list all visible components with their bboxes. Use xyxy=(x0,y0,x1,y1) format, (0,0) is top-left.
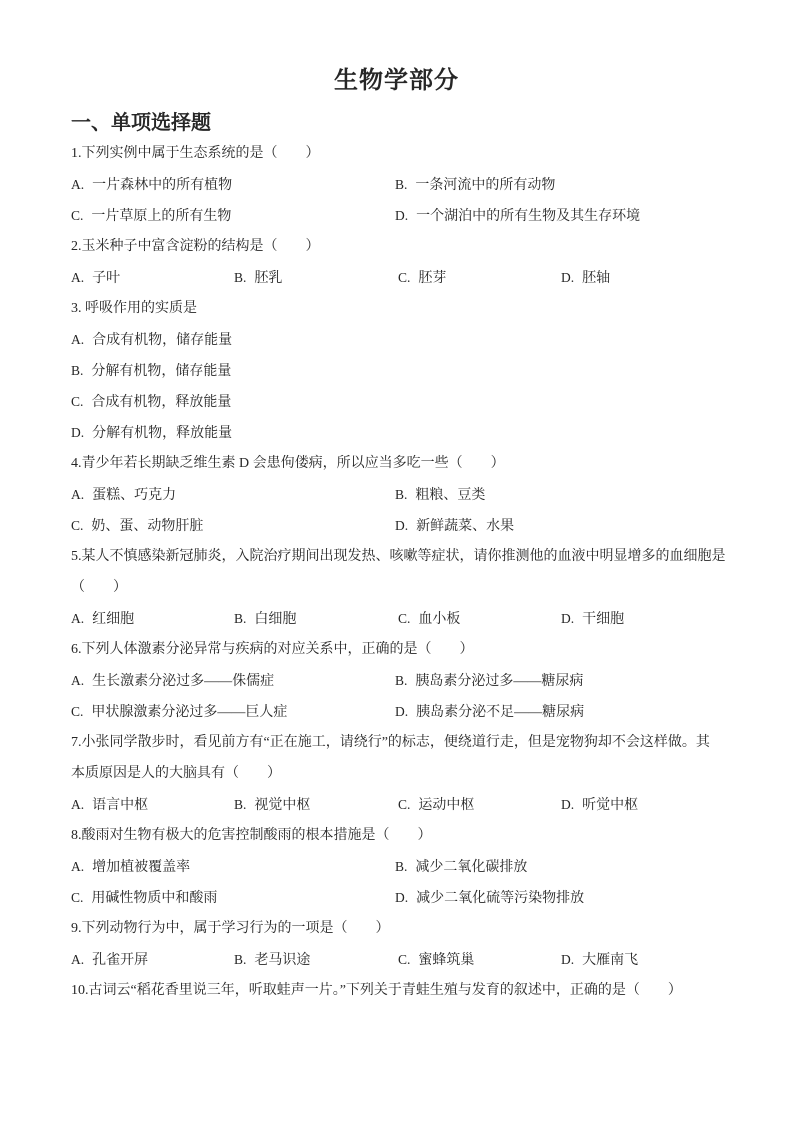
option-letter: C. xyxy=(398,603,410,634)
option-text: 干细胞 xyxy=(582,612,624,627)
option-row: A.蛋糕、巧克力B.粗粮、豆类 xyxy=(71,479,753,510)
page-title: 生物学部分 xyxy=(71,64,722,98)
option-text: 新鲜蔬菜、水果 xyxy=(416,519,514,534)
option-b: B.一条河流中的所有动物 xyxy=(395,169,753,201)
option-letter: C. xyxy=(398,262,410,293)
option-text: 减少二氧化碳排放 xyxy=(415,860,527,875)
question-stem: 2.玉米种子中富含淀粉的结构是（ ） xyxy=(71,231,753,262)
option-text: 胚芽 xyxy=(418,271,446,286)
option-letter: B. xyxy=(71,355,83,386)
option-c: C.一片草原上的所有生物 xyxy=(71,200,395,232)
option-d: D.减少二氧化硫等污染物排放 xyxy=(395,882,753,914)
question-stem: 10.古词云“稻花香里说三年，听取蛙声一片。”下列关于青蛙生殖与发育的叙述中，正… xyxy=(71,975,753,1006)
question-stem: 6.下列人体激素分泌异常与疾病的对应关系中，正确的是（ ） xyxy=(71,634,753,665)
option-letter: D. xyxy=(71,417,84,448)
option-letter: C. xyxy=(71,200,83,231)
option-letter: A. xyxy=(71,262,84,293)
option-letter: D. xyxy=(395,882,408,913)
option-b: B.胚乳 xyxy=(234,262,398,294)
option-text: 减少二氧化硫等污染物排放 xyxy=(416,891,584,906)
option-c: C.运动中枢 xyxy=(398,789,561,821)
option-a: A.增加植被覆盖率 xyxy=(71,851,395,883)
option-text: 合成有机物，释放能量 xyxy=(91,395,231,410)
option-c: C.用碱性物质中和酸雨 xyxy=(71,882,395,914)
option-d: D.胚轴 xyxy=(561,262,753,294)
option-text: 听觉中枢 xyxy=(582,798,638,813)
question-q1: 1.下列实例中属于生态系统的是（ ）A.一片森林中的所有植物B.一条河流中的所有… xyxy=(71,138,753,231)
option-text: 胚乳 xyxy=(254,271,282,286)
option-a: A.生长激素分泌过多——侏儒症 xyxy=(71,665,395,697)
option-text: 奶、蛋、动物肝脏 xyxy=(91,519,203,534)
option-letter: D. xyxy=(561,789,574,820)
option-letter: B. xyxy=(395,169,407,200)
option-letter: C. xyxy=(71,510,83,541)
question-q4: 4.青少年若长期缺乏维生素 D 会患佝偻病，所以应当多吃一些（ ）A.蛋糕、巧克… xyxy=(71,448,753,541)
option-row: A.一片森林中的所有植物B.一条河流中的所有动物 xyxy=(71,169,753,200)
option-letter: A. xyxy=(71,324,84,355)
question-stem: 3. 呼吸作用的实质是 xyxy=(71,293,753,324)
question-q3: 3. 呼吸作用的实质是A.合成有机物，储存能量B.分解有机物，储存能量C.合成有… xyxy=(71,293,753,448)
option-letter: B. xyxy=(234,789,246,820)
option-letter: C. xyxy=(71,696,83,727)
option-d: D.胰岛素分泌不足——糖尿病 xyxy=(395,696,753,728)
question-stem: （ ） xyxy=(71,572,753,603)
exam-page: 生物学部分 一、单项选择题 1.下列实例中属于生态系统的是（ ）A.一片森林中的… xyxy=(0,0,793,1122)
question-stem: 1.下列实例中属于生态系统的是（ ） xyxy=(71,138,753,169)
option-text: 视觉中枢 xyxy=(254,798,310,813)
option-text: 运动中枢 xyxy=(418,798,474,813)
option-row: A.红细胞B.白细胞C.血小板D.干细胞 xyxy=(71,603,753,634)
option-letter: A. xyxy=(71,944,84,975)
question-stem: 本质原因是人的大脑具有（ ） xyxy=(71,758,753,789)
option-d: D.听觉中枢 xyxy=(561,789,753,821)
option-a: A.孔雀开屏 xyxy=(71,944,234,976)
question-stem: 8.酸雨对生物有极大的危害控制酸雨的根本措施是（ ） xyxy=(71,820,753,851)
option-c: C.蜜蜂筑巢 xyxy=(398,944,561,976)
option-letter: D. xyxy=(561,603,574,634)
option-text: 分解有机物，储存能量 xyxy=(91,364,231,379)
section-heading: 一、单项选择题 xyxy=(71,108,753,138)
question-q7: 7.小张同学散步时，看见前方有“正在施工，请绕行”的标志，便绕道行走，但是宠物狗… xyxy=(71,727,753,820)
option-letter: D. xyxy=(395,696,408,727)
option-b: B.白细胞 xyxy=(234,603,398,635)
option-text: 一片草原上的所有生物 xyxy=(91,209,231,224)
option-c: C.甲状腺激素分泌过多——巨人症 xyxy=(71,696,395,728)
option-text: 孔雀开屏 xyxy=(92,953,148,968)
option-letter: C. xyxy=(71,882,83,913)
option-letter: C. xyxy=(71,386,83,417)
option-text: 白细胞 xyxy=(254,612,296,627)
question-list: 1.下列实例中属于生态系统的是（ ）A.一片森林中的所有植物B.一条河流中的所有… xyxy=(71,138,753,1006)
option-letter: B. xyxy=(395,665,407,696)
option-row: A.增加植被覆盖率B.减少二氧化碳排放 xyxy=(71,851,753,882)
option-a: A.红细胞 xyxy=(71,603,234,635)
option-letter: A. xyxy=(71,169,84,200)
option-text: 生长激素分泌过多——侏儒症 xyxy=(92,674,274,689)
option-text: 甲状腺激素分泌过多——巨人症 xyxy=(91,705,287,720)
option-b: B.视觉中枢 xyxy=(234,789,398,821)
option-row: A.合成有机物，储存能量 xyxy=(71,324,753,355)
question-q6: 6.下列人体激素分泌异常与疾病的对应关系中，正确的是（ ）A.生长激素分泌过多—… xyxy=(71,634,753,727)
option-letter: A. xyxy=(71,479,84,510)
option-text: 蜜蜂筑巢 xyxy=(418,953,474,968)
option-a: A.蛋糕、巧克力 xyxy=(71,479,395,511)
option-text: 用碱性物质中和酸雨 xyxy=(91,891,217,906)
question-stem: 9.下列动物行为中，属于学习行为的一项是（ ） xyxy=(71,913,753,944)
option-text: 一个湖泊中的所有生物及其生存环境 xyxy=(416,209,640,224)
option-c: C.胚芽 xyxy=(398,262,561,294)
option-text: 胰岛素分泌不足——糖尿病 xyxy=(416,705,584,720)
option-letter: A. xyxy=(71,851,84,882)
question-q8: 8.酸雨对生物有极大的危害控制酸雨的根本措施是（ ）A.增加植被覆盖率B.减少二… xyxy=(71,820,753,913)
option-b: B.减少二氧化碳排放 xyxy=(395,851,753,883)
option-letter: B. xyxy=(234,603,246,634)
option-text: 红细胞 xyxy=(92,612,134,627)
option-letter: B. xyxy=(234,944,246,975)
option-letter: D. xyxy=(395,510,408,541)
option-letter: B. xyxy=(395,479,407,510)
option-d: D.干细胞 xyxy=(561,603,753,635)
option-text: 子叶 xyxy=(92,271,120,286)
option-text: 血小板 xyxy=(418,612,460,627)
option-c: C.血小板 xyxy=(398,603,561,635)
option-a: A.语言中枢 xyxy=(71,789,234,821)
option-text: 增加植被覆盖率 xyxy=(92,860,190,875)
option-text: 胚轴 xyxy=(582,271,610,286)
option-b: B.分解有机物，储存能量 xyxy=(71,355,753,387)
option-row: A.子叶B.胚乳C.胚芽D.胚轴 xyxy=(71,262,753,293)
option-text: 胰岛素分泌过多——糖尿病 xyxy=(415,674,583,689)
option-c: C.奶、蛋、动物肝脏 xyxy=(71,510,395,542)
question-q9: 9.下列动物行为中，属于学习行为的一项是（ ）A.孔雀开屏B.老马识途C.蜜蜂筑… xyxy=(71,913,753,975)
option-text: 老马识途 xyxy=(254,953,310,968)
option-letter: A. xyxy=(71,789,84,820)
option-row: B.分解有机物，储存能量 xyxy=(71,355,753,386)
question-q10: 10.古词云“稻花香里说三年，听取蛙声一片。”下列关于青蛙生殖与发育的叙述中，正… xyxy=(71,975,753,1006)
question-q5: 5.某人不慎感染新冠肺炎，入院治疗期间出现发热、咳嗽等症状，请你推测他的血液中明… xyxy=(71,541,753,634)
option-letter: A. xyxy=(71,603,84,634)
question-q2: 2.玉米种子中富含淀粉的结构是（ ）A.子叶B.胚乳C.胚芽D.胚轴 xyxy=(71,231,753,293)
option-letter: A. xyxy=(71,665,84,696)
question-stem: 7.小张同学散步时，看见前方有“正在施工，请绕行”的标志，便绕道行走，但是宠物狗… xyxy=(71,727,753,758)
option-letter: C. xyxy=(398,944,410,975)
option-letter: D. xyxy=(561,262,574,293)
option-row: C.甲状腺激素分泌过多——巨人症D.胰岛素分泌不足——糖尿病 xyxy=(71,696,753,727)
option-letter: D. xyxy=(561,944,574,975)
option-text: 合成有机物，储存能量 xyxy=(92,333,232,348)
option-text: 大雁南飞 xyxy=(582,953,638,968)
option-row: A.孔雀开屏B.老马识途C.蜜蜂筑巢D.大雁南飞 xyxy=(71,944,753,975)
option-a: A.一片森林中的所有植物 xyxy=(71,169,395,201)
option-b: B.胰岛素分泌过多——糖尿病 xyxy=(395,665,753,697)
option-b: B.老马识途 xyxy=(234,944,398,976)
option-b: B.粗粮、豆类 xyxy=(395,479,753,511)
option-letter: B. xyxy=(395,851,407,882)
option-text: 粗粮、豆类 xyxy=(415,488,485,503)
option-letter: C. xyxy=(398,789,410,820)
option-row: C.用碱性物质中和酸雨D.减少二氧化硫等污染物排放 xyxy=(71,882,753,913)
question-stem: 4.青少年若长期缺乏维生素 D 会患佝偻病，所以应当多吃一些（ ） xyxy=(71,448,753,479)
option-a: A.子叶 xyxy=(71,262,234,294)
option-row: C.奶、蛋、动物肝脏D.新鲜蔬菜、水果 xyxy=(71,510,753,541)
option-row: D.分解有机物，释放能量 xyxy=(71,417,753,448)
option-d: D.大雁南飞 xyxy=(561,944,753,976)
option-a: A.合成有机物，储存能量 xyxy=(71,324,753,356)
option-row: C.合成有机物，释放能量 xyxy=(71,386,753,417)
option-text: 一条河流中的所有动物 xyxy=(415,178,555,193)
option-d: D.新鲜蔬菜、水果 xyxy=(395,510,753,542)
option-row: A.语言中枢B.视觉中枢C.运动中枢D.听觉中枢 xyxy=(71,789,753,820)
option-c: C.合成有机物，释放能量 xyxy=(71,386,753,418)
option-letter: B. xyxy=(234,262,246,293)
option-text: 蛋糕、巧克力 xyxy=(92,488,176,503)
option-d: D.分解有机物，释放能量 xyxy=(71,417,753,449)
option-row: A.生长激素分泌过多——侏儒症B.胰岛素分泌过多——糖尿病 xyxy=(71,665,753,696)
option-text: 语言中枢 xyxy=(92,798,148,813)
option-d: D.一个湖泊中的所有生物及其生存环境 xyxy=(395,200,753,232)
option-letter: D. xyxy=(395,200,408,231)
option-row: C.一片草原上的所有生物D.一个湖泊中的所有生物及其生存环境 xyxy=(71,200,753,231)
question-stem: 5.某人不慎感染新冠肺炎，入院治疗期间出现发热、咳嗽等症状，请你推测他的血液中明… xyxy=(71,541,753,572)
option-text: 一片森林中的所有植物 xyxy=(92,178,232,193)
option-text: 分解有机物，释放能量 xyxy=(92,426,232,441)
